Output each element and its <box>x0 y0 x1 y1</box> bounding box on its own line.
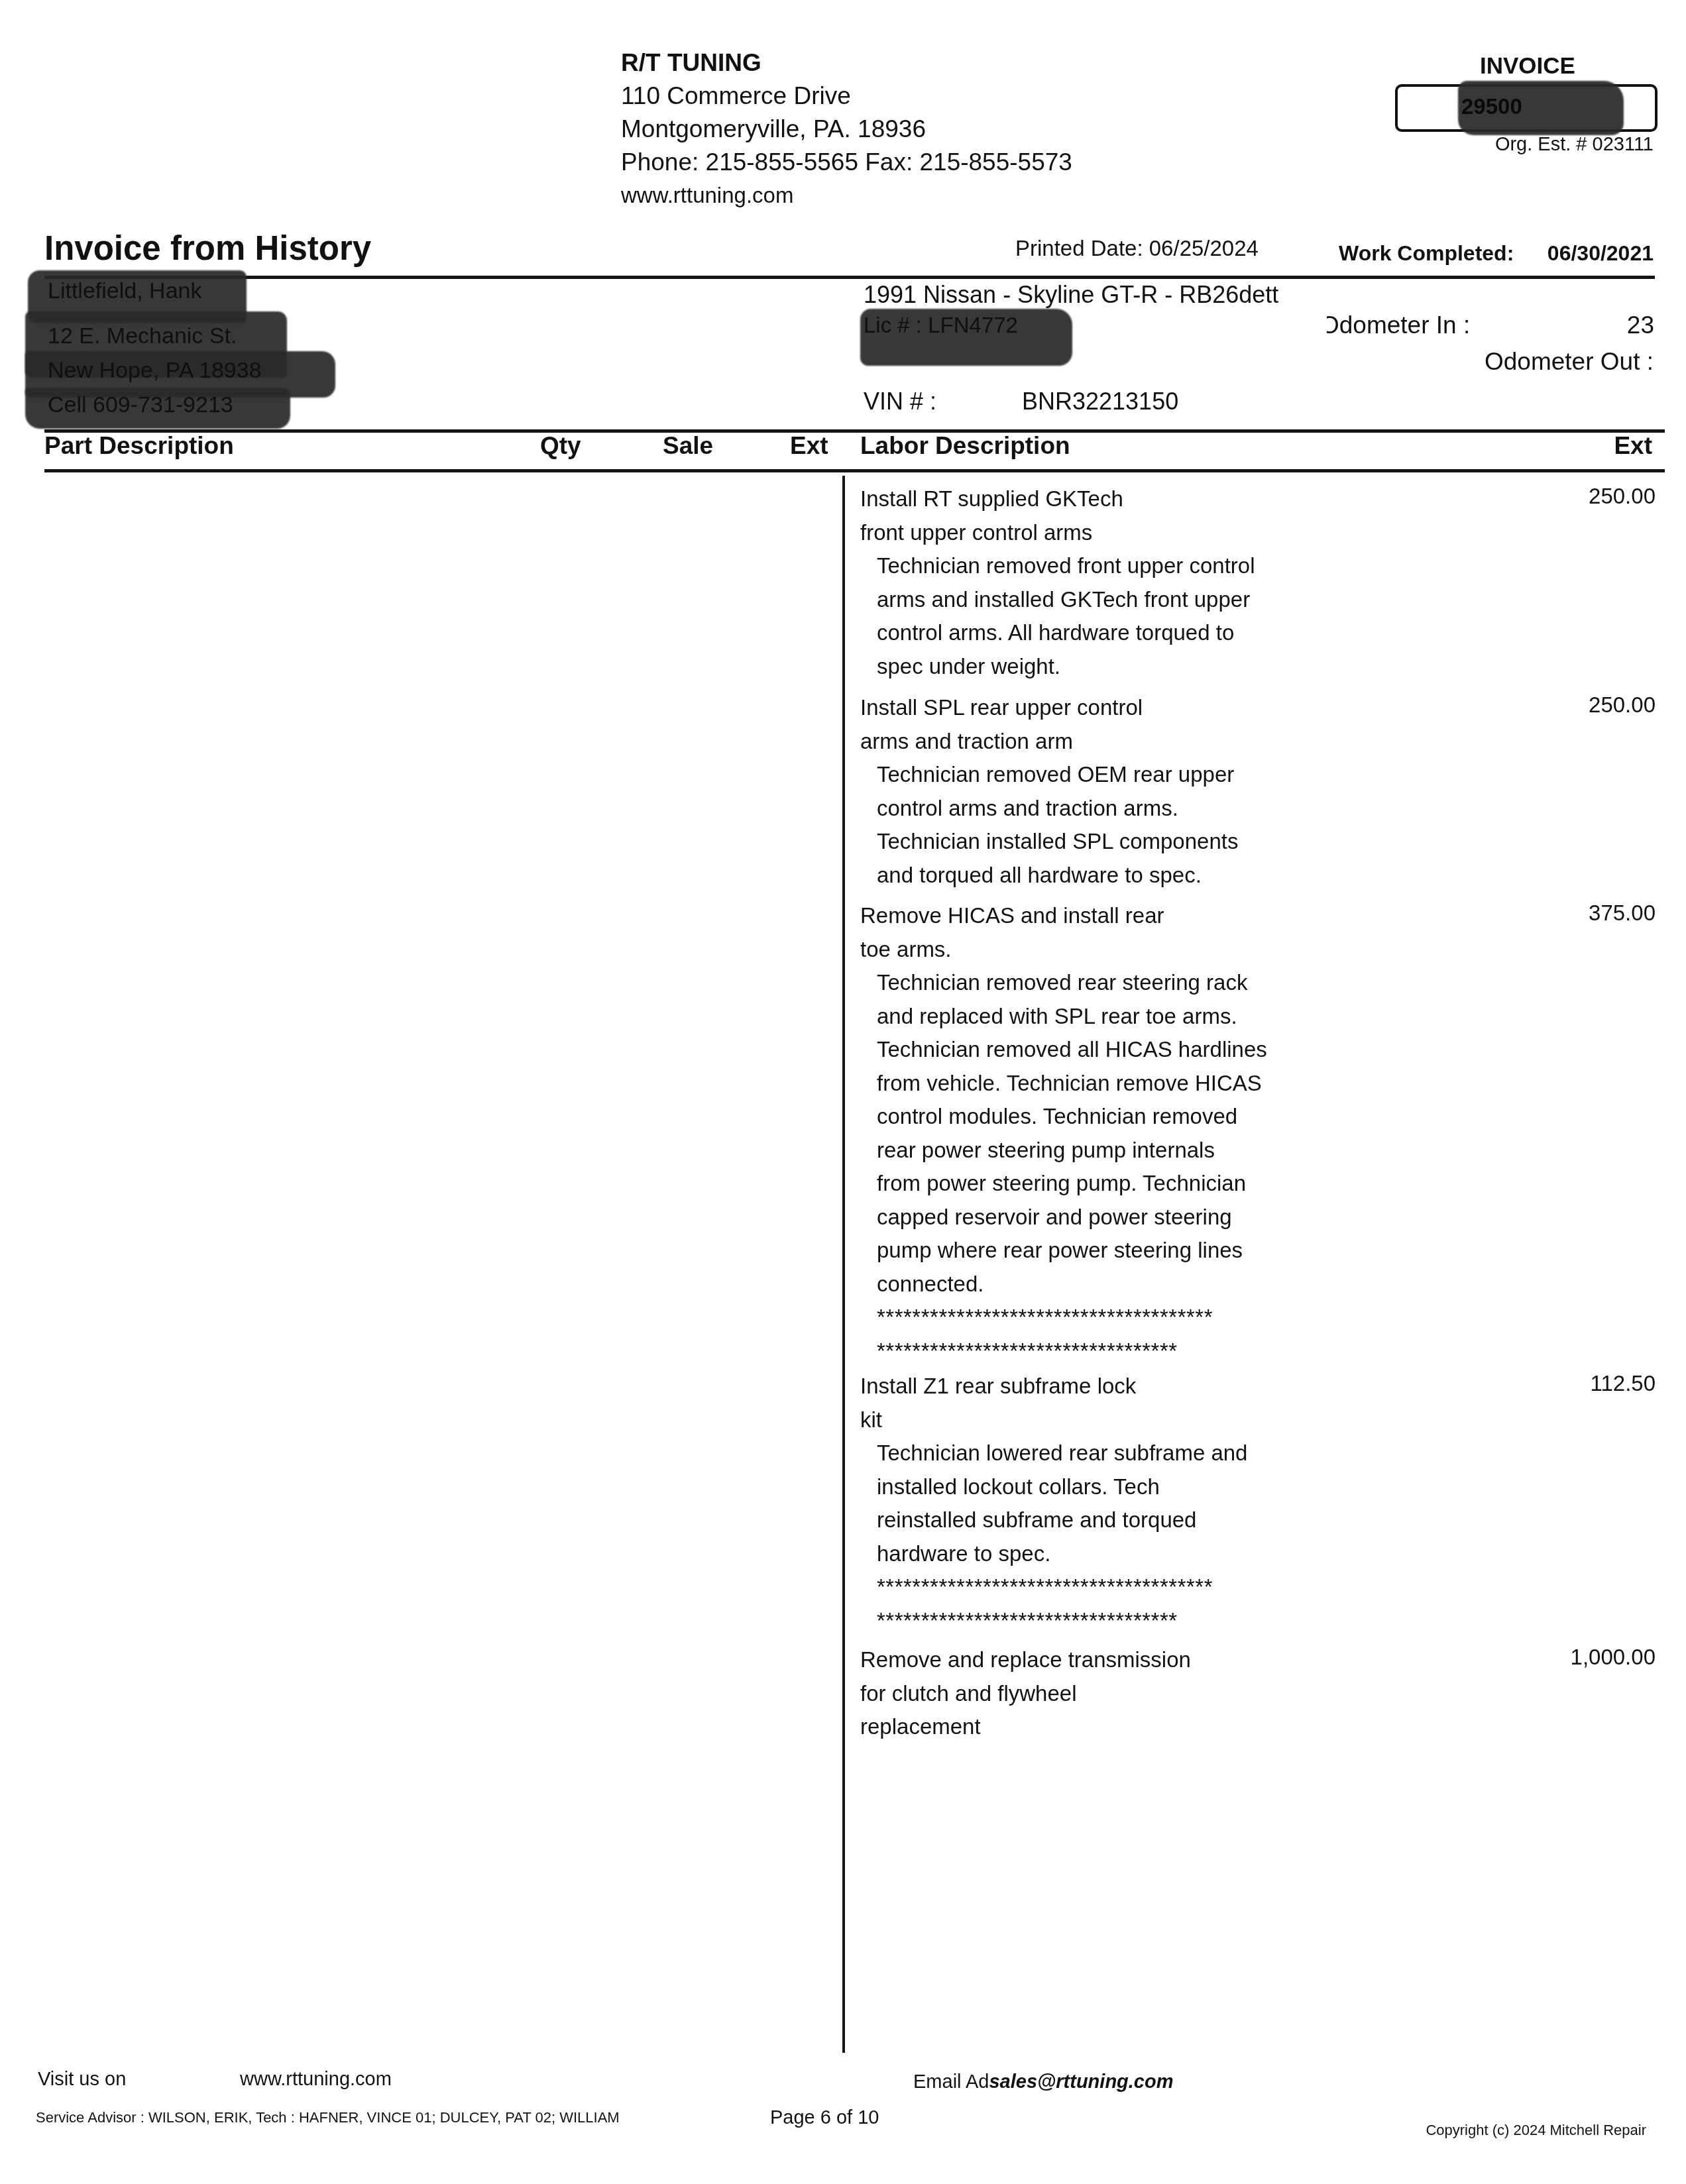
col-sale: Sale <box>663 432 713 460</box>
shop-website: www.rttuning.com <box>621 183 793 208</box>
labor-note-line: capped reservoir and power steering <box>860 1201 1656 1234</box>
labor-title-line: front upper control arms <box>860 516 1656 550</box>
col-qty: Qty <box>540 432 581 460</box>
page-title: Invoice from History <box>44 229 371 268</box>
printed-date: Printed Date: 06/25/2024 <box>1015 236 1259 261</box>
shop-address-line2: Montgomeryville, PA. 18936 <box>621 115 926 143</box>
odometer-in-value: 23 <box>1627 311 1654 339</box>
labor-item: Install SPL rear upper controlarms and t… <box>860 691 1656 892</box>
org-estimate-number: Org. Est. # 023111 <box>1495 134 1654 156</box>
labor-note-line: reinstalled subframe and torqued <box>860 1503 1656 1537</box>
labor-note-line: installed lockout collars. Tech <box>860 1470 1656 1504</box>
labor-note-line: spec under weight. <box>860 650 1656 684</box>
labor-note-line: Technician lowered rear subframe and <box>860 1437 1656 1470</box>
vin-label: VIN # : <box>864 388 936 415</box>
labor-note-line: control modules. Technician removed <box>860 1100 1656 1134</box>
labor-note-line: and torqued all hardware to spec. <box>860 859 1656 893</box>
labor-item: Install Z1 rear subframe lockkitTechnici… <box>860 1370 1656 1637</box>
work-completed-label: Work Completed: <box>1339 241 1514 266</box>
shop-address-line1: 110 Commerce Drive <box>621 82 851 110</box>
visit-url[interactable]: www.rttuning.com <box>240 2069 392 2091</box>
labor-item: Install RT supplied GKTechfront upper co… <box>860 482 1656 683</box>
work-completed-date: 06/30/2021 <box>1547 241 1654 266</box>
odometer-in-label: Odometer In : <box>1327 311 1470 339</box>
page-number: Page 6 of 10 <box>770 2107 879 2129</box>
labor-ext-amount: 112.50 <box>1591 1371 1656 1396</box>
labor-title-line: arms and traction arm <box>860 725 1656 759</box>
shop-name: R/T TUNING <box>621 49 761 77</box>
invoice-number: 29500 <box>1461 94 1522 119</box>
vehicle-description: 1991 Nissan - Skyline GT-R - RB26dett <box>864 281 1278 309</box>
labor-title-line: for clutch and flywheel <box>860 1677 1656 1711</box>
col-labor-description: Labor Description <box>860 432 1070 460</box>
labor-title-line: Install RT supplied GKTech <box>860 482 1656 516</box>
email-link[interactable]: sales@rttuning.com <box>989 2071 1173 2093</box>
labor-note-line: control arms and traction arms. <box>860 792 1656 826</box>
vin-value: BNR32213150 <box>1022 388 1178 415</box>
customer-name: Littlefield, Hank <box>48 278 201 304</box>
labor-title-line: Remove HICAS and install rear <box>860 899 1656 933</box>
labor-title-line: Install SPL rear upper control <box>860 691 1656 725</box>
labor-note-line: arms and installed GKTech front upper <box>860 583 1656 617</box>
labor-ext-amount: 1,000.00 <box>1571 1645 1656 1670</box>
odometer-out-label: Odometer Out : <box>1485 348 1654 376</box>
labor-note-line: hardware to spec. <box>860 1537 1656 1571</box>
copyright: Copyright (c) 2024 Mitchell Repair <box>1426 2122 1646 2139</box>
email-label: Email Ad <box>913 2071 989 2093</box>
labor-note-line: pump where rear power steering lines <box>860 1234 1656 1268</box>
labor-note-line: rear power steering pump internals <box>860 1134 1656 1168</box>
labor-separator: ************************************** <box>860 1301 1656 1335</box>
labor-note-line: Technician removed all HICAS hardlines <box>860 1033 1656 1067</box>
customer-city: New Hope, PA 18938 <box>48 358 262 384</box>
license-plate: Lic # : LFN4772 <box>864 313 1018 338</box>
labor-title-line: Remove and replace transmission <box>860 1643 1656 1677</box>
labor-item: Remove HICAS and install reartoe arms.Te… <box>860 899 1656 1368</box>
labor-note-line: from vehicle. Technician remove HICAS <box>860 1067 1656 1101</box>
labor-ext-amount: 375.00 <box>1589 901 1656 926</box>
labor-note-line: and replaced with SPL rear toe arms. <box>860 1000 1656 1034</box>
labor-note-line: Technician installed SPL components <box>860 825 1656 859</box>
labor-note-line: from power steering pump. Technician <box>860 1167 1656 1201</box>
labor-separator: ********************************** <box>860 1335 1656 1368</box>
labor-title-line: kit <box>860 1403 1656 1437</box>
table-header-rule <box>44 469 1665 472</box>
staff-line: Service Advisor : WILSON, ERIK, Tech : H… <box>36 2109 620 2126</box>
shop-phone-fax: Phone: 215-855-5565 Fax: 215-855-5573 <box>621 148 1072 176</box>
customer-street: 12 E. Mechanic St. <box>48 323 237 349</box>
labor-title-line: toe arms. <box>860 933 1656 967</box>
parts-labor-divider <box>842 476 845 2053</box>
labor-note-line: Technician removed front upper control <box>860 549 1656 583</box>
labor-note-line: connected. <box>860 1268 1656 1301</box>
labor-item: Remove and replace transmissionfor clutc… <box>860 1643 1656 1744</box>
labor-note-line: control arms. All hardware torqued to <box>860 616 1656 650</box>
customer-cell: Cell 609-731-9213 <box>48 392 233 418</box>
email-line: Email Adsales@rttuning.com <box>913 2071 1174 2093</box>
labor-title-line: replacement <box>860 1710 1656 1744</box>
labor-note-line: Technician removed rear steering rack <box>860 966 1656 1000</box>
visit-label: Visit us on <box>38 2069 126 2091</box>
odometer-in-label-clip: Odometer In : <box>1327 311 1486 341</box>
labor-ext-amount: 250.00 <box>1589 692 1656 718</box>
col-labor-ext: Ext <box>1614 432 1652 460</box>
header-divider <box>44 276 1655 279</box>
invoice-label: INVOICE <box>1480 53 1575 80</box>
table-top-rule <box>44 429 1665 433</box>
col-part-description: Part Description <box>44 432 234 460</box>
labor-separator: ************************************** <box>860 1570 1656 1604</box>
col-part-ext: Ext <box>790 432 828 460</box>
labor-title-line: Install Z1 rear subframe lock <box>860 1370 1656 1403</box>
labor-note-line: Technician removed OEM rear upper <box>860 758 1656 792</box>
labor-ext-amount: 250.00 <box>1589 484 1656 509</box>
labor-separator: ********************************** <box>860 1604 1656 1638</box>
